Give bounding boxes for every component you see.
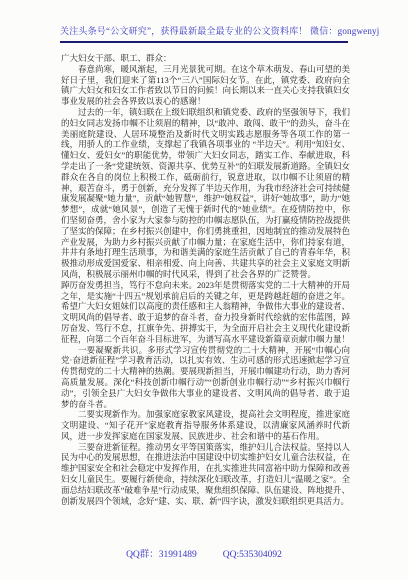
paragraph: 春意尚寒，暖风渐起，三月光景犹可期。在这个草木萌发、春山可望的美好日子里，我们迎…: [61, 64, 350, 107]
paragraph: 过去的一年，镇妇联在上级妇联组织和镇党委、政府的坚强领导下，我们的妇女同志发扬巾…: [61, 107, 350, 280]
paragraph: 二要实现新作为。加强家庭家教家风建设，提高社会文明程度，推进家庭文明建设、“知子…: [61, 409, 350, 441]
header-notice: 关注头条号“公文研究”，获得最新最全最专业的公文资料库！ 微信：gongweny…: [60, 26, 379, 36]
qq-number: QQ:535304092: [223, 550, 282, 560]
salutation: 广大妇女干部、职工、群众：: [61, 53, 350, 64]
paragraph: 三要奋进新征程。推动男女平等国策落实，维护妇儿合法权益。坚持以人民为中心的发展思…: [61, 442, 350, 507]
header-banner: 关注头条号“公文研究”，获得最新最全最专业的公文资料库！ 微信：gongweny…: [60, 24, 348, 43]
qq-group-number: QQ群：31991489: [126, 550, 197, 560]
footer-contact: QQ群：31991489QQ:535304092: [0, 546, 408, 560]
document-body: 广大妇女干部、职工、群众： 春意尚寒，暖风渐起，三月光景犹可期。在这个草木萌发、…: [61, 53, 350, 506]
document-page: 关注头条号“公文研究”，获得最新最全最专业的公文资料库！ 微信：gongweny…: [0, 0, 408, 580]
paragraph: 一要凝聚新共识。多形式学习宣传贯彻党的二十大精神，开展“巾帼心向党·奋进新征程”…: [61, 345, 350, 410]
paragraph: 踔厉奋发勇担当，笃行不怠向未来。2023年是贯彻落实党的二十大精神的开局之年，是…: [61, 280, 350, 345]
